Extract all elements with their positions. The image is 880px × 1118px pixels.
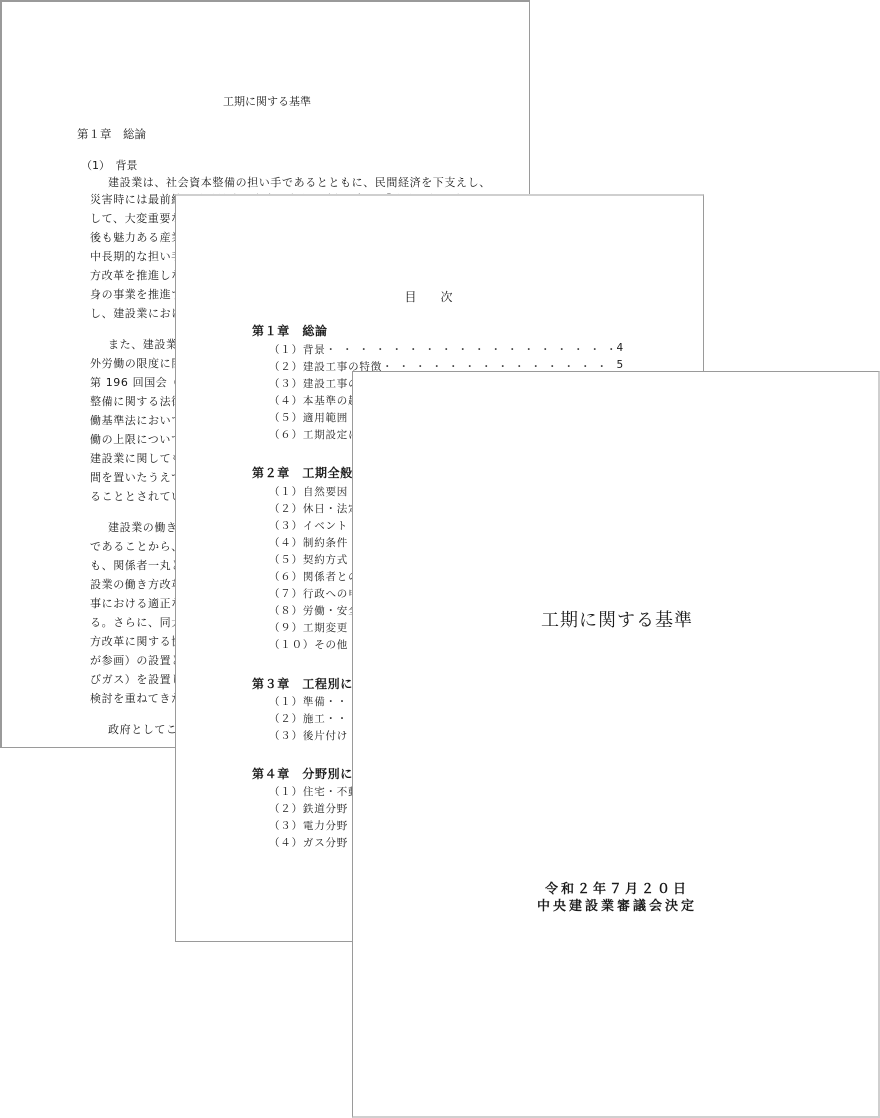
page1-chapter-heading: 第１章 総論 bbox=[77, 126, 146, 142]
document-page-cover: 工期に関する基準 令和２年７月２０日 中央建設業審議会決定 bbox=[352, 371, 880, 1118]
paragraph-line: る。さらに、同大 bbox=[90, 614, 183, 630]
toc-chapter-heading: 第４章 分野別に bbox=[252, 765, 353, 782]
paragraph-line: 働基準法において bbox=[90, 412, 183, 428]
paragraph-line: びガス）を設置し bbox=[90, 671, 183, 687]
cover-title: 工期に関する基準 bbox=[353, 606, 880, 632]
toc-entry-label: （２）施工・・・ bbox=[269, 711, 359, 726]
toc-entry-label: （５）適用範囲・ bbox=[269, 410, 359, 425]
page1-section-heading: （1） 背景 bbox=[81, 157, 138, 173]
toc-chapter-heading: 第１章 総論 bbox=[252, 322, 328, 339]
toc-entry-label: （１）自然要因・ bbox=[269, 484, 359, 499]
paragraph-line: 方改革に関する協 bbox=[90, 633, 183, 649]
page1-title: 工期に関する基準 bbox=[2, 93, 530, 109]
paragraph-line: 身の事業を推進す bbox=[90, 286, 183, 302]
toc-entry-label: （２）鉄道分野・ bbox=[269, 801, 359, 816]
toc-entry-label: （１）背景 bbox=[269, 342, 326, 357]
paragraph-line: 設業の働き方改革 bbox=[90, 576, 183, 592]
paragraph-line: して、大変重要な bbox=[90, 210, 183, 226]
paragraph-line: 方改革を推進しな bbox=[90, 267, 183, 283]
toc-entry-label: （３）電力分野・ bbox=[269, 818, 359, 833]
paragraph-line: 建設業に関しても bbox=[90, 450, 183, 466]
toc-title: 目次 bbox=[176, 288, 704, 305]
toc-entry-label: （３）イベント・ bbox=[269, 518, 359, 533]
cover-issuer: 中央建設業審議会決定 bbox=[353, 898, 880, 915]
toc-entry-label: （６）工期設定に bbox=[269, 427, 359, 442]
paragraph-line: 事における適正な bbox=[90, 595, 183, 611]
paragraph-line: 中長期的な担い手 bbox=[90, 248, 183, 264]
paragraph-line: も、関係者一丸と bbox=[90, 557, 183, 573]
toc-entry-label: （５）契約方式・ bbox=[269, 552, 359, 567]
paragraph-line: 外労働の限度に関 bbox=[90, 355, 183, 371]
toc-entry[interactable]: （１）背景・・・・・・・・・・・・・・・・・・・・・・・・・・・・・・4 bbox=[269, 342, 624, 357]
toc-leader-dots: ・・・・・・・・・・・・・・・・・・・・・・・・・・・・・・ bbox=[326, 342, 617, 357]
toc-entry-label: （１）準備・・・ bbox=[269, 694, 359, 709]
paragraph-line: ることとされてい bbox=[90, 488, 183, 504]
toc-entry-label: （９）工期変更・ bbox=[269, 620, 359, 635]
paragraph-line: 建設業は、社会資本整備の担い手であるとともに、民間経済を下支えし、 bbox=[108, 174, 491, 190]
toc-entry-label: （１０）その他・ bbox=[269, 637, 359, 652]
toc-page-number: 4 bbox=[617, 342, 624, 357]
cover-date: 令和２年７月２０日 bbox=[353, 881, 880, 898]
toc-entry-label: （３）後片付け・ bbox=[269, 728, 359, 743]
paragraph-line: 整備に関する法律 bbox=[90, 393, 183, 409]
toc-chapter-heading: 第３章 工程別に bbox=[252, 675, 353, 692]
cover-footer: 令和２年７月２０日 中央建設業審議会決定 bbox=[353, 881, 880, 915]
paragraph-line: し、建設業におけ bbox=[90, 305, 183, 321]
paragraph-line: 間を置いたうえで bbox=[90, 469, 183, 485]
toc-entry-label: （４）ガス分野・ bbox=[269, 835, 359, 850]
paragraph-line: が参画）の設置と bbox=[90, 652, 183, 668]
paragraph-line: であることから、 bbox=[90, 538, 183, 554]
paragraph-line: 検討を重ねてきた bbox=[90, 690, 183, 706]
paragraph-line: 後も魅力ある産業 bbox=[90, 229, 183, 245]
paragraph-line: 働の上限について bbox=[90, 431, 183, 447]
toc-chapter-heading: 第２章 工期全般 bbox=[252, 464, 353, 481]
toc-entry-label: （４）制約条件・ bbox=[269, 535, 359, 550]
